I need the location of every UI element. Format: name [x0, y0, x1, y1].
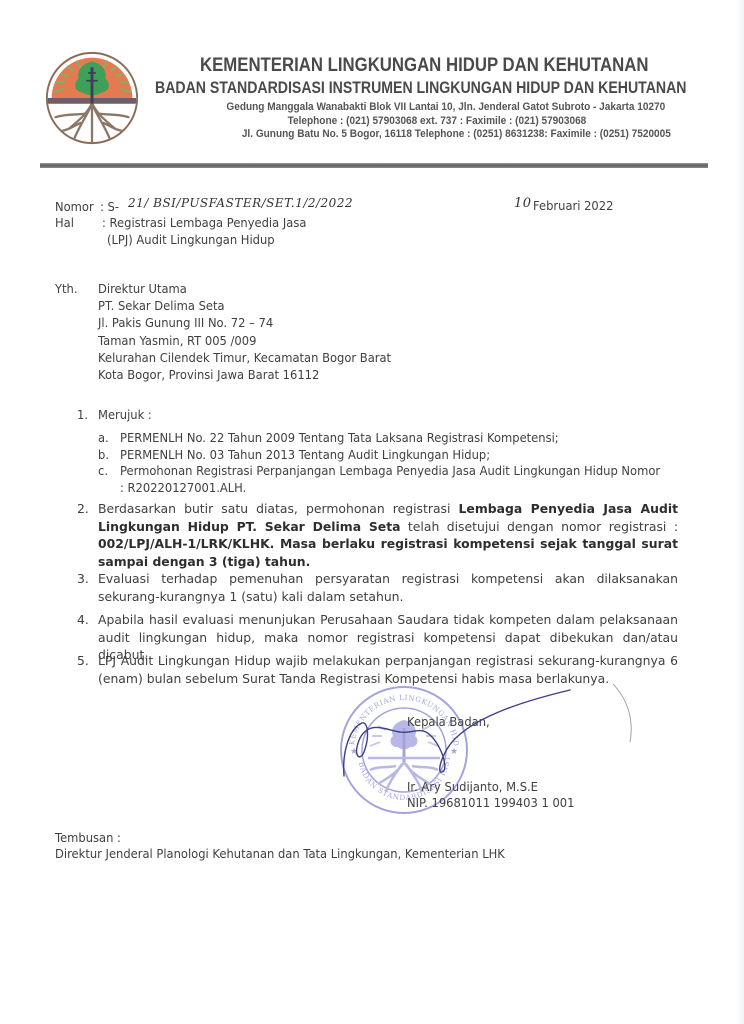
hal-line-2: (LPJ) Audit Lingkungan Hidup: [107, 232, 275, 247]
nomor-handwritten: 21/ BSI/PUSFASTER/SET.1/2/2022: [128, 196, 353, 210]
ref-c-text: Permohonan Registrasi Perpanjangan Lemba…: [120, 463, 660, 478]
cc-label: Tembusan :: [55, 830, 121, 845]
recipient-line: Jl. Pakis Gunung III No. 72 – 74: [98, 315, 273, 330]
registration-number: 002/LPJ/ALH-1/LRK/KLHK. Masa berlaku reg…: [98, 536, 678, 569]
signatory-nip: NIP. 19681011 199403 1 001: [407, 795, 574, 810]
recipient-line: Kota Bogor, Provinsi Jawa Barat 16112: [98, 367, 319, 382]
nomor-label: Nomor: [55, 199, 94, 214]
recipient-line: Kelurahan Cilendek Timur, Kecamatan Bogo…: [98, 350, 391, 365]
para-1-number: 1.: [77, 407, 88, 422]
ministry-name: KEMENTERIAN LINGKUNGAN HIDUP DAN KEHUTAN…: [200, 54, 648, 77]
ref-b-letter: b.: [98, 447, 109, 462]
ref-c-continuation: : R20220127001.ALH.: [120, 480, 246, 495]
recipient-label: Yth.: [55, 281, 78, 296]
scan-edge: [736, 0, 744, 1024]
recipient-line: Direktur Utama: [98, 281, 187, 296]
address-line-2: Telephone : (021) 57903068 ext. 737 : Fa…: [0, 115, 744, 127]
para-2-number: 2.: [77, 500, 89, 518]
address-line-3: Jl. Gunung Batu No. 5 Bogor, 16118 Telep…: [0, 128, 744, 140]
ref-b-text: PERMENLH No. 03 Tahun 2013 Tentang Audit…: [120, 447, 490, 462]
letterhead-divider: [40, 163, 708, 168]
signatory-name: Ir. Ary Sudijanto, M.S.E: [407, 779, 538, 794]
hal-line-1: : Registrasi Lembaga Penyedia Jasa: [102, 215, 306, 230]
cc-line: Direktur Jenderal Planologi Kehutanan da…: [55, 846, 505, 861]
nomor-prefix: : S-: [100, 199, 119, 214]
date-text: Februari 2022: [533, 198, 613, 213]
ref-c-letter: c.: [98, 463, 108, 478]
address-line-1: Gedung Manggala Wanabakti Blok VII Lanta…: [0, 101, 744, 113]
recipient-line: PT. Sekar Delima Seta: [98, 298, 225, 313]
recipient-line: Taman Yasmin, RT 005 /009: [98, 333, 256, 348]
agency-name: BADAN STANDARDISASI INSTRUMEN LINGKUNGAN…: [155, 78, 686, 98]
para-3: 3.Evaluasi terhadap pemenuhan persyarata…: [98, 570, 678, 605]
date-day-handwritten: 10: [514, 196, 532, 211]
para-1-text: Merujuk :: [98, 407, 152, 422]
ref-a-text: PERMENLH No. 22 Tahun 2009 Tentang Tata …: [120, 430, 559, 445]
hal-label: Hal: [55, 215, 74, 230]
para-2: 2. Berdasarkan butir satu diatas, permoh…: [98, 500, 678, 570]
ref-a-letter: a.: [98, 430, 109, 445]
